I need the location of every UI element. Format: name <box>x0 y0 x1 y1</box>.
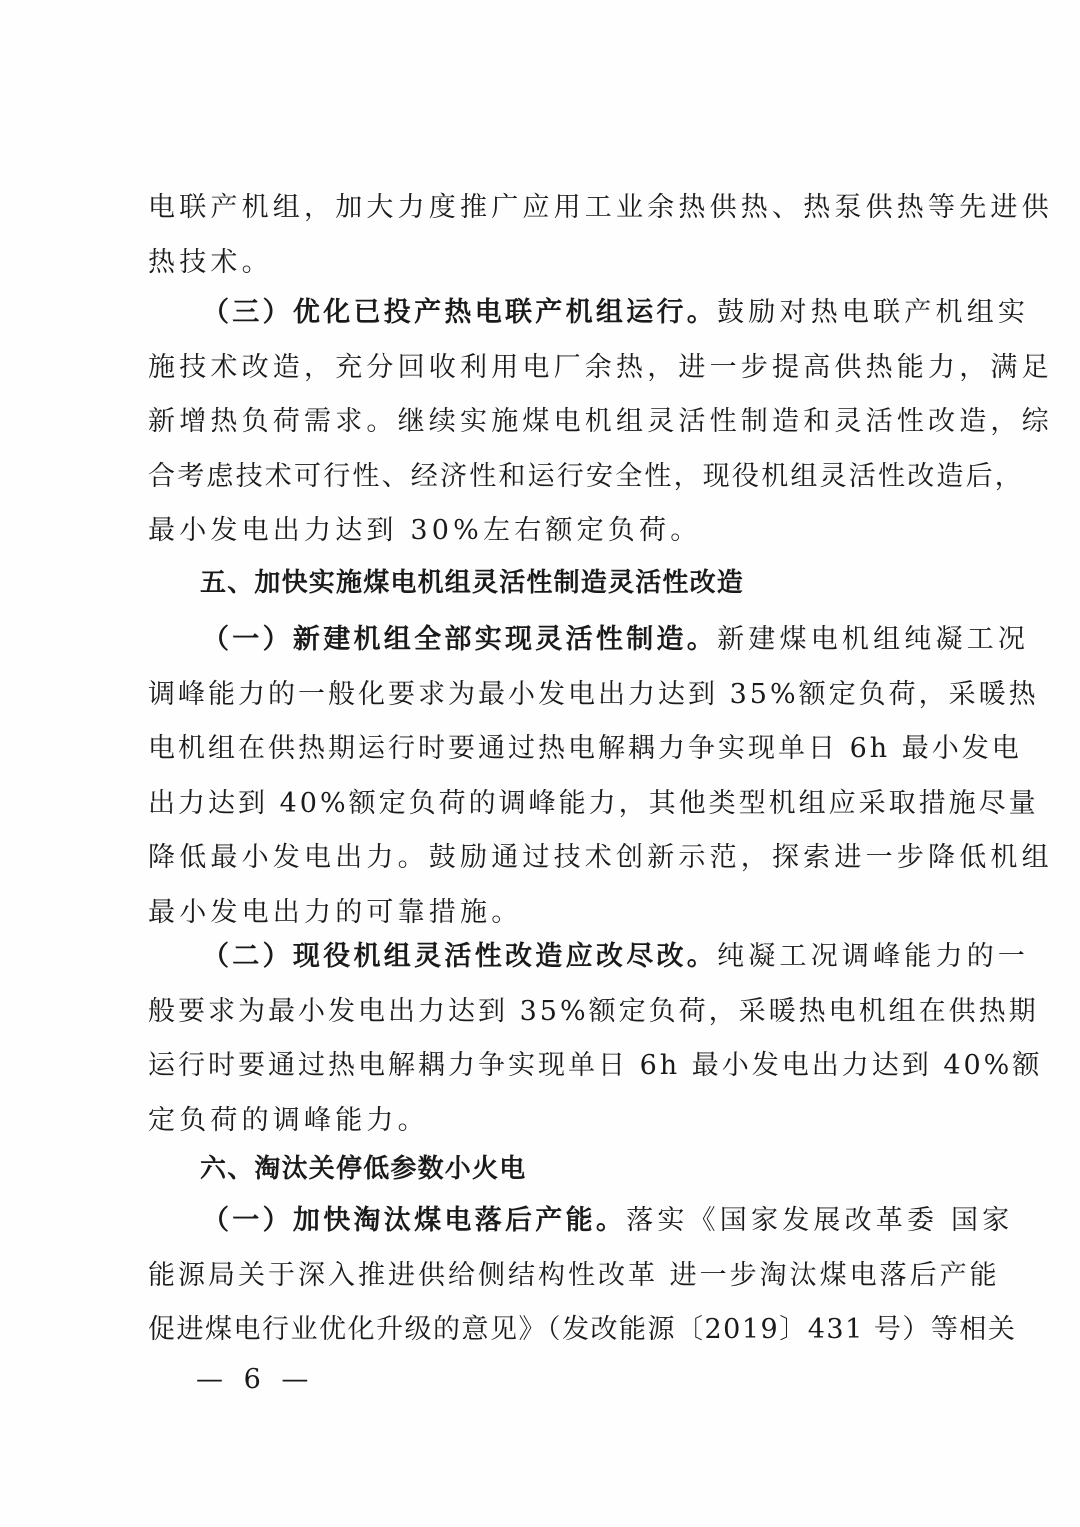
text-line: 热技术。 <box>148 236 938 291</box>
paragraph-text: 鼓励对热电联产机组实 <box>717 297 1029 328</box>
page-number: — 6 — <box>196 1364 314 1395</box>
text-line: 电机组在供热期运行时要通过热电解耦力争实现单日 6h 最小发电 <box>148 722 938 777</box>
paragraph-first-line: （一）加快淘汰煤电落后产能。落实《国家发展改革委 国家 <box>148 1194 938 1249</box>
paragraph-6-1: （一）加快淘汰煤电落后产能。落实《国家发展改革委 国家 能源局关于深入推进供给侧… <box>148 1194 938 1358</box>
text-line: 调峰能力的一般化要求为最小发电出力达到 35%额定负荷，采暖热 <box>148 668 938 723</box>
text-line: 电联产机组，加大力度推广应用工业余热供热、热泵供热等先进供 <box>148 181 938 236</box>
text-line: 最小发电出力达到 30%左右额定负荷。 <box>148 504 938 559</box>
document-page: 电联产机组，加大力度推广应用工业余热供热、热泵供热等先进供 热技术。 （三）优化… <box>0 0 1080 1527</box>
paragraph-text: 新建煤电机组纯凝工况 <box>717 624 1029 655</box>
text-line: 施技术改造，充分回收利用电厂余热，进一步提高供热能力，满足 <box>148 341 938 396</box>
paragraph-5-1: （一）新建机组全部实现灵活性制造。新建煤电机组纯凝工况 调峰能力的一般化要求为最… <box>148 613 938 940</box>
text-line: 出力达到 40%额定负荷的调峰能力，其他类型机组应采取措施尽量 <box>148 777 938 832</box>
paragraph-first-line: （二）现役机组灵活性改造应改尽改。纯凝工况调峰能力的一 <box>148 930 938 985</box>
paragraph-3: （三）优化已投产热电联产机组运行。鼓励对热电联产机组实 施技术改造，充分回收利用… <box>148 286 938 559</box>
paragraph-first-line: （三）优化已投产热电联产机组运行。鼓励对热电联产机组实 <box>148 286 938 341</box>
paragraph-text: 落实《国家发展改革委 国家 <box>626 1205 1013 1236</box>
paragraph-lead: （一）新建机组全部实现灵活性制造。 <box>202 624 717 655</box>
text-line: 运行时要通过热电解耦力争实现单日 6h 最小发电出力达到 40%额 <box>148 1039 938 1094</box>
text-line: 降低最小发电出力。鼓励通过技术创新示范，探索进一步降低机组 <box>148 831 938 886</box>
paragraph-lead: （二）现役机组灵活性改造应改尽改。 <box>202 941 717 972</box>
text-line: 定负荷的调峰能力。 <box>148 1094 938 1149</box>
text-line: 促进煤电行业优化升级的意见》（发改能源〔2019〕431 号）等相关 <box>148 1303 938 1358</box>
text-line: 新增热负荷需求。继续实施煤电机组灵活性制造和灵活性改造，综 <box>148 395 938 450</box>
paragraph-lead: （一）加快淘汰煤电落后产能。 <box>202 1205 626 1236</box>
paragraph-text: 纯凝工况调峰能力的一 <box>717 941 1029 972</box>
paragraph-5-2: （二）现役机组灵活性改造应改尽改。纯凝工况调峰能力的一 般要求为最小发电出力达到… <box>148 930 938 1148</box>
section-heading-5: 五、加快实施煤电机组灵活性制造灵活性改造 <box>200 562 744 599</box>
paragraph-lead: （三）优化已投产热电联产机组运行。 <box>202 297 717 328</box>
continuation-paragraph: 电联产机组，加大力度推广应用工业余热供热、热泵供热等先进供 热技术。 <box>148 181 938 290</box>
paragraph-first-line: （一）新建机组全部实现灵活性制造。新建煤电机组纯凝工况 <box>148 613 938 668</box>
section-heading-6: 六、淘汰关停低参数小火电 <box>200 1148 526 1185</box>
text-line: 般要求为最小发电出力达到 35%额定负荷，采暖热电机组在供热期 <box>148 985 938 1040</box>
text-line: 合考虑技术可行性、经济性和运行安全性，现役机组灵活性改造后， <box>148 450 938 505</box>
text-line: 能源局关于深入推进供给侧结构性改革 进一步淘汰煤电落后产能 <box>148 1249 938 1304</box>
